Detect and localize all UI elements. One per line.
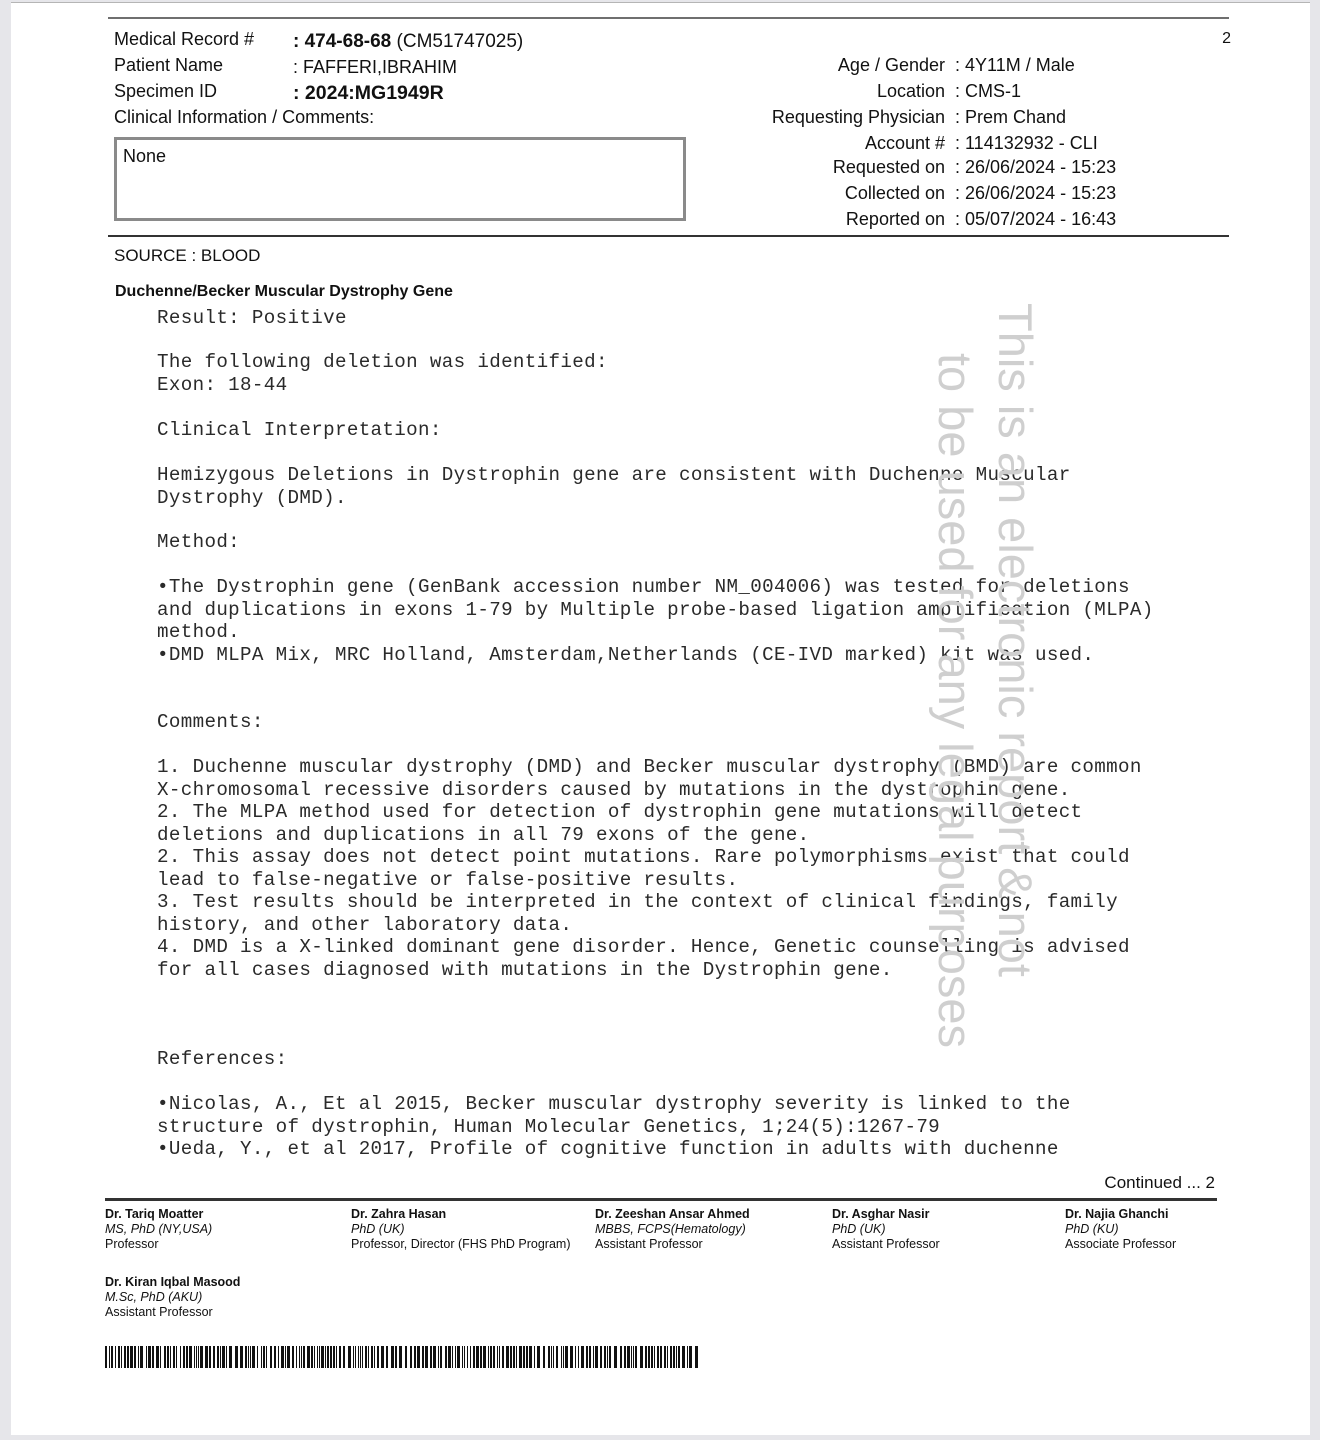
signatory-degree: PhD (UK) [351, 1222, 571, 1237]
clinical-info-box: None [114, 137, 686, 221]
comments-text: 1. Duchenne muscular dystrophy (DMD) and… [157, 756, 1142, 981]
detail-value: : CMS-1 [955, 81, 1021, 102]
signatory-name: Dr. Kiran Iqbal Masood [105, 1275, 240, 1290]
result-line: Result: Positive [157, 307, 347, 330]
references-text: •Nicolas, A., Et al 2015, Becker muscula… [157, 1093, 1071, 1161]
report-page: 2 Medical Record # : 474-68-68 (CM517470… [11, 2, 1310, 1435]
footer-rule [105, 1198, 1217, 1201]
medical-record-sep: : [293, 31, 299, 52]
detail-value: : 26/06/2024 - 15:23 [955, 157, 1116, 178]
specimen-source: SOURCE : BLOOD [114, 246, 260, 266]
test-title: Duchenne/Becker Muscular Dystrophy Gene [115, 283, 453, 301]
detail-value: : 05/07/2024 - 16:43 [955, 209, 1116, 230]
patient-name-label: Patient Name [114, 55, 223, 76]
signatory-name: Dr. Zahra Hasan [351, 1207, 571, 1222]
signatory: Dr. Asghar NasirPhD (UK)Assistant Profes… [832, 1207, 940, 1252]
signatory: Dr. Zahra HasanPhD (UK)Professor, Direct… [351, 1207, 571, 1252]
signatory: Dr. Tariq MoatterMS, PhD (NY,USA)Profess… [105, 1207, 212, 1252]
signatory-title: Professor [105, 1237, 212, 1252]
signatory-degree: PhD (UK) [832, 1222, 940, 1237]
signatory-title: Assistant Professor [105, 1305, 240, 1320]
signatory-name: Dr. Najia Ghanchi [1065, 1207, 1176, 1222]
page-number: 2 [1222, 30, 1231, 48]
method-text: •The Dystrophin gene (GenBank accession … [157, 576, 1154, 666]
method-heading: Method: [157, 531, 240, 554]
interpretation-text: Hemizygous Deletions in Dystrophin gene … [157, 464, 1071, 509]
detail-label: Account # [865, 133, 945, 154]
signatory-title: Assistant Professor [595, 1237, 750, 1252]
comments-heading: Comments: [157, 711, 264, 734]
detail-label: Location [877, 81, 945, 102]
detail-label: Age / Gender [838, 55, 945, 76]
detail-label: Requested on [833, 157, 945, 178]
barcode-icon [105, 1346, 700, 1368]
deletion-intro: The following deletion was identified: [157, 351, 608, 374]
signatory-degree: MBBS, FCPS(Hematology) [595, 1222, 750, 1237]
detail-value: : 114132932 - CLI [955, 133, 1098, 154]
signatory-degree: PhD (KU) [1065, 1222, 1176, 1237]
signatory-title: Associate Professor [1065, 1237, 1176, 1252]
patient-name-value: : FAFFERI,IBRAHIM [293, 57, 457, 78]
medical-record-value: : 474-68-68 (CM51747025) [293, 31, 523, 53]
specimen-id-value: : 2024:MG1949R [293, 82, 444, 105]
medical-record-number: 474-68-68 [305, 31, 392, 52]
signatory-degree: M.Sc, PhD (AKU) [105, 1290, 240, 1305]
signatory-name: Dr. Tariq Moatter [105, 1207, 212, 1222]
signatory: Dr. Najia GhanchiPhD (KU)Associate Profe… [1065, 1207, 1176, 1252]
medical-record-code: (CM51747025) [397, 31, 524, 52]
clinical-info-value: None [123, 146, 166, 167]
signatory: Dr. Kiran Iqbal MasoodM.Sc, PhD (AKU)Ass… [105, 1275, 240, 1320]
exon-line: Exon: 18-44 [157, 374, 288, 397]
medical-record-label: Medical Record # [114, 29, 254, 50]
signatory-name: Dr. Asghar Nasir [832, 1207, 940, 1222]
detail-value: : Prem Chand [955, 107, 1066, 128]
detail-value: : 4Y11M / Male [955, 55, 1075, 76]
detail-label: Collected on [845, 183, 945, 204]
detail-label: Requesting Physician [772, 107, 945, 128]
continued-note: Continued ... 2 [1104, 1173, 1215, 1193]
signatory-title: Professor, Director (FHS PhD Program) [351, 1237, 571, 1252]
clinical-info-label: Clinical Information / Comments: [114, 107, 374, 128]
references-heading: References: [157, 1048, 288, 1071]
detail-label: Reported on [846, 209, 945, 230]
specimen-id-label: Specimen ID [114, 81, 217, 102]
signatory-degree: MS, PhD (NY,USA) [105, 1222, 212, 1237]
detail-value: : 26/06/2024 - 15:23 [955, 183, 1116, 204]
signatory: Dr. Zeeshan Ansar AhmedMBBS, FCPS(Hemato… [595, 1207, 750, 1252]
signatory-name: Dr. Zeeshan Ansar Ahmed [595, 1207, 750, 1222]
interpretation-heading: Clinical Interpretation: [157, 419, 442, 442]
top-rule [108, 17, 1229, 19]
header-rule [108, 235, 1229, 237]
signatory-title: Assistant Professor [832, 1237, 940, 1252]
